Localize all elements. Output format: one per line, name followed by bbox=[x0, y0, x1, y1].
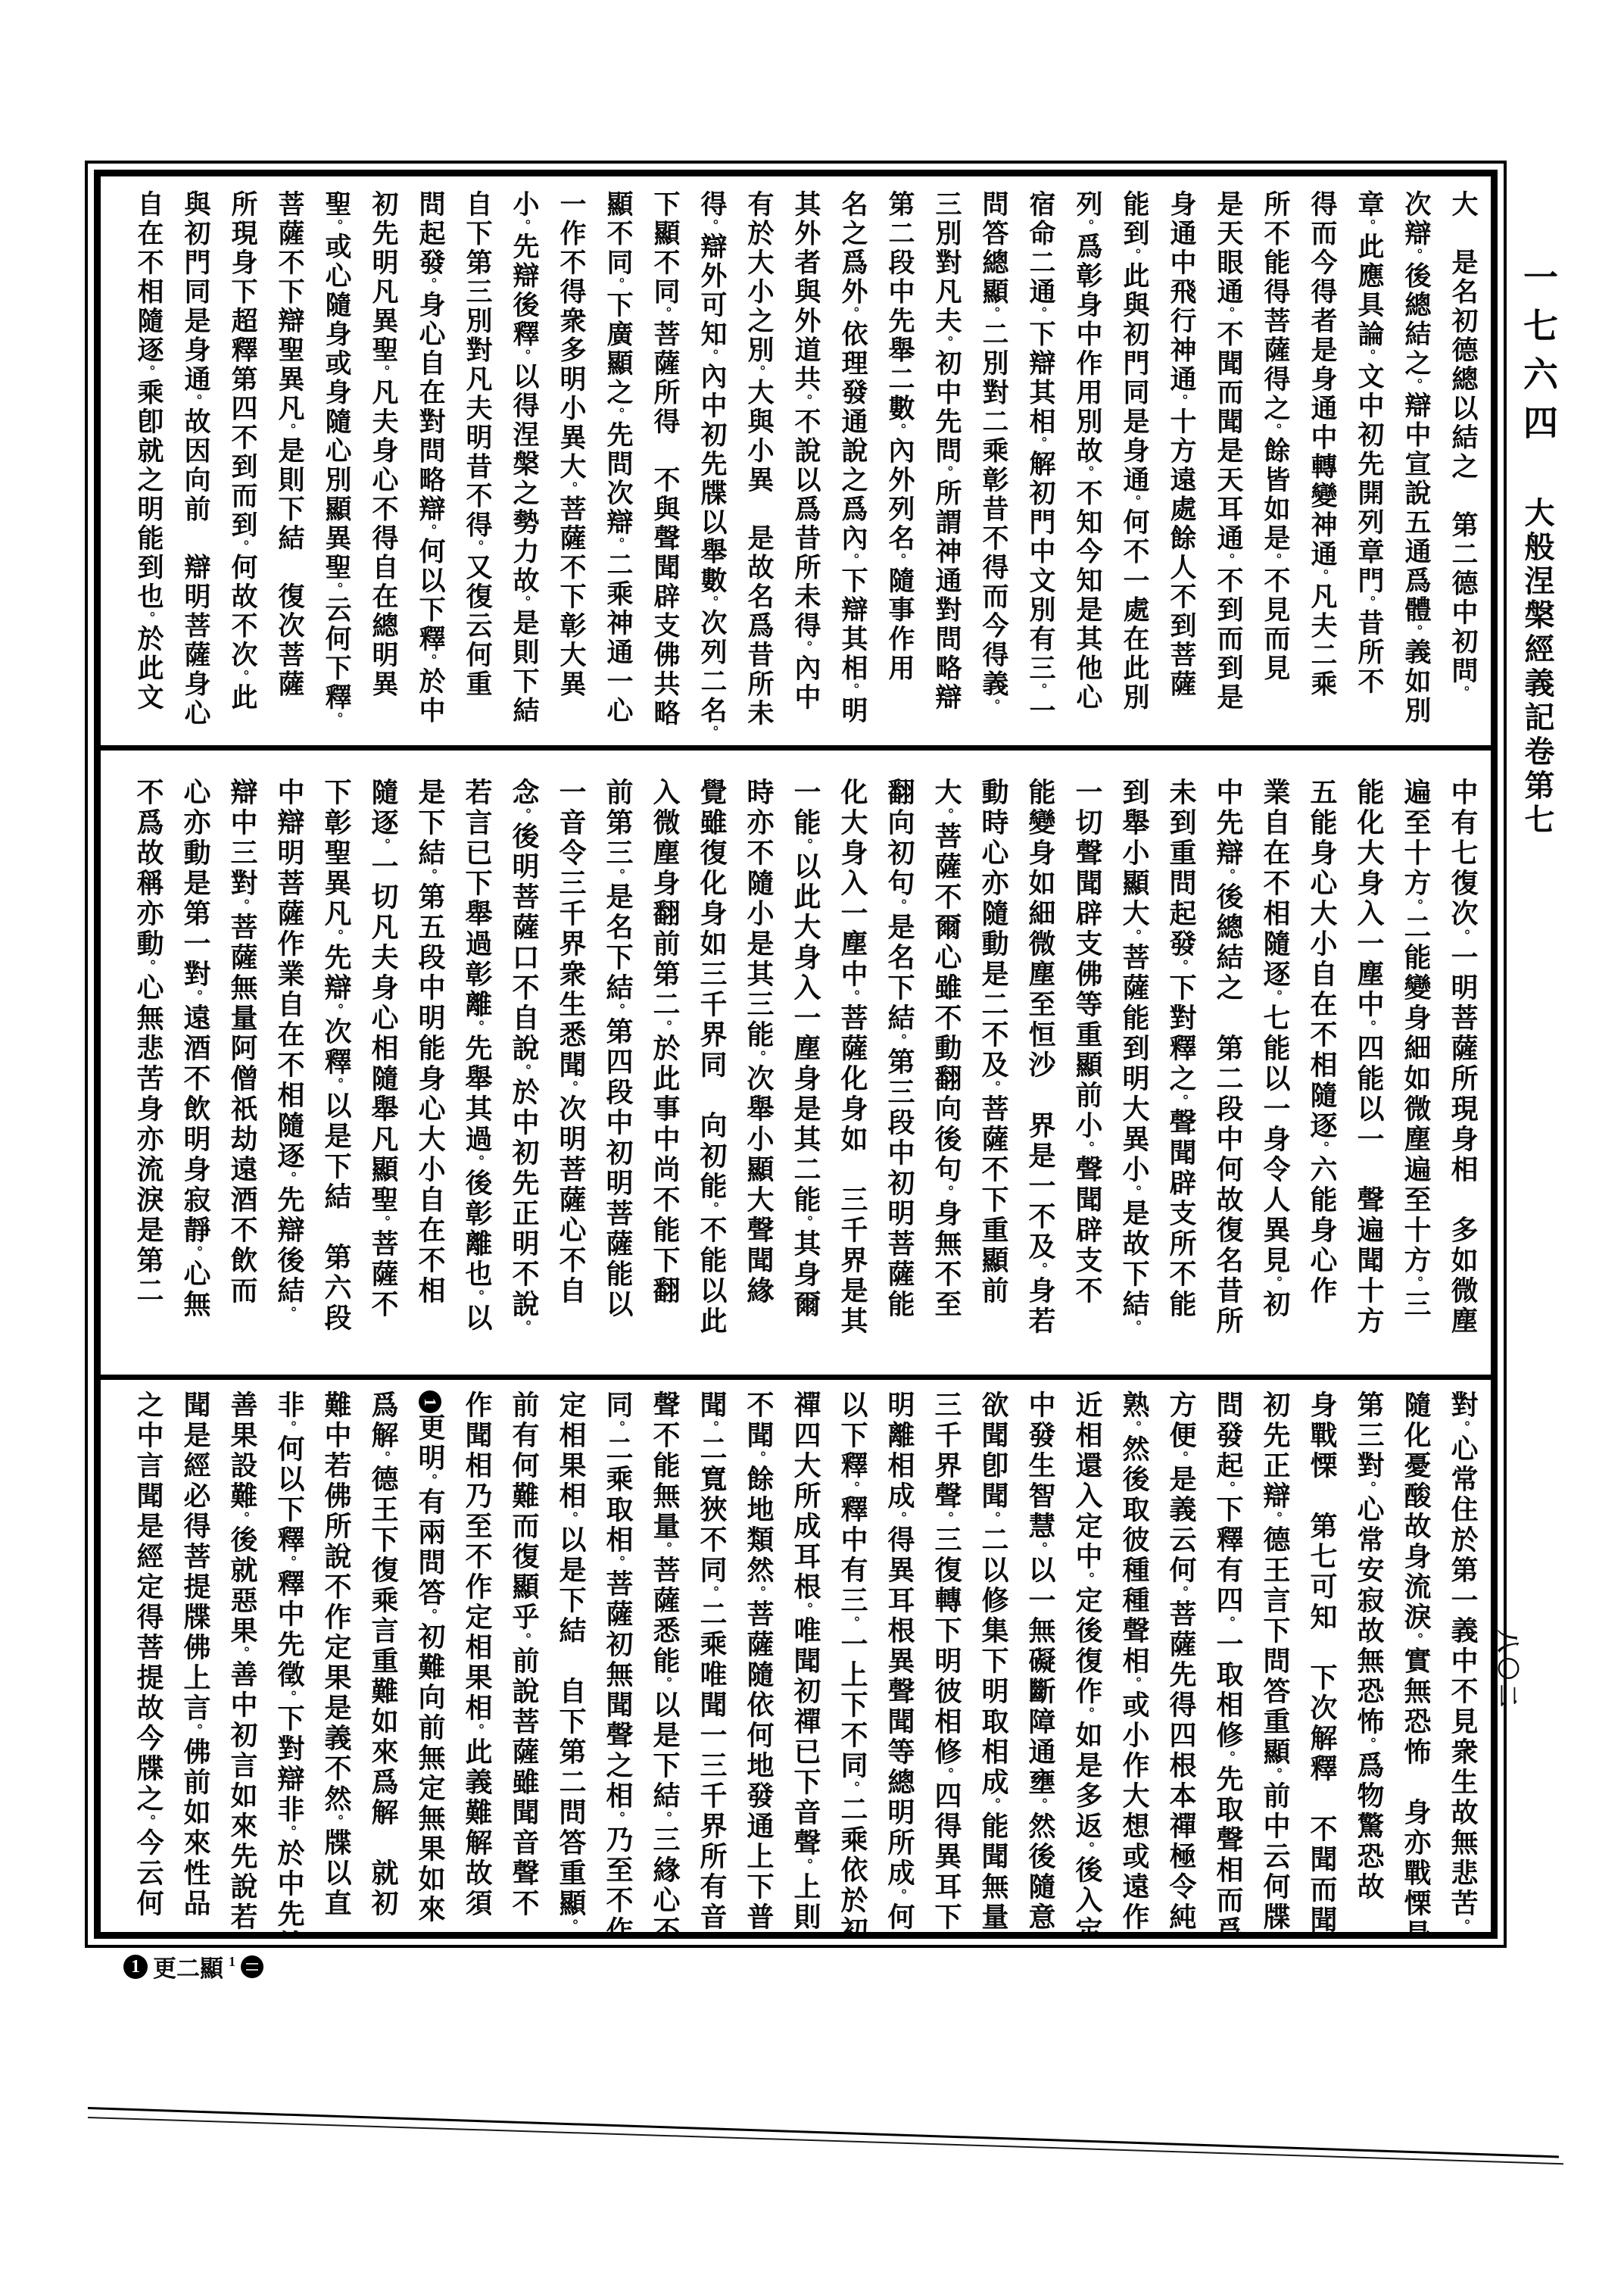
text-column: 前第三。是名下結。第四段中初明菩薩能以 bbox=[594, 778, 641, 1375]
punctuation: 。 bbox=[939, 808, 954, 822]
punctuation: 。 bbox=[1127, 1421, 1142, 1434]
punctuation: 。 bbox=[751, 1050, 766, 1064]
punctuation: 。 bbox=[1361, 596, 1376, 610]
text-column: 三別對凡夫。初中先問。所謂神通對問略辯 bbox=[923, 190, 970, 745]
punctuation: 。 bbox=[610, 1556, 625, 1569]
text-column: 下彰聖異凡。先辯。次釋。以是下結 第六段 bbox=[313, 778, 360, 1375]
punctuation: 。 bbox=[845, 307, 860, 320]
punctuation: 。 bbox=[1220, 1616, 1236, 1630]
punctuation: 。 bbox=[469, 540, 485, 554]
text-column: 聲不能無量。菩薩悉能。以是下結。三緣心不 bbox=[641, 1390, 688, 1939]
punctuation: 。 bbox=[751, 1451, 766, 1465]
punctuation: 。 bbox=[282, 1306, 297, 1320]
text-column: 小。先辯後釋。以得涅槃之勢力故。是則下結 bbox=[500, 190, 547, 745]
text-column: 第三對。心常安寂故無恐怖。爲物驚恐故 bbox=[1345, 1390, 1392, 1939]
punctuation: 。 bbox=[1080, 1141, 1095, 1155]
text-column: 善果設難。後就惡果。善中初言如來先說若 bbox=[219, 1390, 266, 1939]
punctuation: 。 bbox=[141, 960, 156, 973]
text-column: 有於大小之別。大與小異 是故名爲昔所未 bbox=[735, 190, 782, 745]
punctuation: 。 bbox=[1361, 1737, 1376, 1751]
punctuation: 。 bbox=[610, 538, 625, 551]
text-column: 問起發。身心自在對問略辯。何以下釋。於中 bbox=[407, 190, 454, 745]
text-column: 能化大身入一塵中。四能以一 聲遍聞十方 bbox=[1345, 778, 1392, 1375]
text-column: 所不能得菩薩得之。餘皆如是。不見而見 bbox=[1252, 190, 1298, 745]
text-column: 爲解。德王下復乘言重難如來爲解 就初 bbox=[360, 1390, 407, 1939]
punctuation: 。 bbox=[1127, 248, 1142, 262]
punctuation: 。 bbox=[422, 524, 438, 538]
text-column: 問發起。下釋有四。一取相修。先取聲相而爲 bbox=[1205, 1390, 1252, 1939]
punctuation: 。 bbox=[188, 990, 203, 1003]
punctuation: 。 bbox=[516, 1320, 531, 1334]
text-column: 欲聞卽聞。二以修集下明取相成。能聞無量 bbox=[970, 1390, 1017, 1939]
punctuation: 。 bbox=[422, 278, 438, 292]
text-column: 覺雖復化身如三千界同 向初能。不能以此 bbox=[688, 778, 735, 1375]
punctuation: 。 bbox=[798, 641, 813, 654]
punctuation: 。 bbox=[141, 365, 156, 379]
punctuation: 。 bbox=[610, 1003, 625, 1017]
punctuation: 。 bbox=[1033, 307, 1048, 320]
punctuation: 。 bbox=[469, 1290, 485, 1303]
text-column: 是天眼通。不聞而聞是天耳通。不到而到是 bbox=[1205, 190, 1252, 745]
punctuation: 。 bbox=[704, 726, 719, 739]
punctuation: 。 bbox=[516, 1064, 531, 1078]
punctuation: 。 bbox=[1408, 899, 1423, 913]
text-column: 非。何以下釋。釋中先徵。下對辯非。於中先就 bbox=[266, 1390, 313, 1939]
punctuation: 。 bbox=[1455, 1919, 1470, 1933]
punctuation: 。 bbox=[1220, 554, 1236, 567]
punctuation: 。 bbox=[751, 365, 766, 379]
punctuation: 。 bbox=[1174, 960, 1189, 973]
punctuation: 。 bbox=[704, 349, 719, 363]
punctuation: 。 bbox=[610, 1421, 625, 1434]
text-column: 難中若佛所說不作定果是義不然。牒以直 bbox=[313, 1390, 360, 1939]
punctuation: 。 bbox=[704, 220, 719, 233]
text-column: 三千界聲。三復轉下明彼相修。四得異耳下 bbox=[923, 1390, 970, 1939]
punctuation: 。 bbox=[1267, 990, 1283, 1003]
footnote-superscript: 1 bbox=[229, 1954, 235, 1970]
text-column: 身戰慄 第七可知 下次解釋 不聞而聞 bbox=[1298, 1390, 1345, 1939]
punctuation: 。 bbox=[892, 554, 907, 567]
text-column: 能變身如細微塵至恒沙 界是一不及。身若 bbox=[1017, 778, 1064, 1375]
note-marker-icon: 1 bbox=[123, 1955, 148, 1979]
text-frame: 大 是名初德總以結之 第二德中初問。次辯。後總結之。辯中宣說五通爲體。義如別章。… bbox=[85, 161, 1507, 1948]
punctuation: 。 bbox=[1361, 1020, 1376, 1034]
punctuation: 。 bbox=[798, 395, 813, 408]
punctuation: 。 bbox=[986, 1512, 1001, 1525]
punctuation: 。 bbox=[1455, 1421, 1470, 1434]
text-column: 中辯明菩薩作業自在不相隨逐。先辯後結。 bbox=[266, 778, 313, 1375]
punctuation: 。 bbox=[282, 1556, 297, 1569]
punctuation: 。 bbox=[657, 1542, 672, 1556]
text-column: 作聞相乃至不作定相果相。此義難解故須 bbox=[454, 1390, 500, 1939]
punctuation: 。 bbox=[610, 278, 625, 292]
text-column: 問答總顯。二別對二乘彰昔不得而今得義。 bbox=[970, 190, 1017, 745]
punctuation: 。 bbox=[329, 929, 344, 943]
text-column: 聞。二寬狹不同。二乘唯聞一三千界所有音 bbox=[688, 1390, 735, 1939]
text-column: 菩薩不下辯聖異凡。是則下結 復次菩薩 bbox=[266, 190, 313, 745]
punctuation: 。 bbox=[892, 1889, 907, 1902]
punctuation: 。 bbox=[235, 670, 250, 684]
punctuation: 。 bbox=[282, 423, 297, 437]
text-column: 熟。然後取彼種種聲相。或小作大想或遠作 bbox=[1111, 1390, 1158, 1939]
punctuation: 。 bbox=[1314, 570, 1329, 583]
punctuation: 。 bbox=[892, 1034, 907, 1047]
punctuation: 。 bbox=[141, 1815, 156, 1828]
punctuation: 。 bbox=[986, 699, 1001, 713]
punctuation: 。 bbox=[376, 1216, 391, 1229]
punctuation: 。 bbox=[282, 1825, 297, 1839]
punctuation: 。 bbox=[1455, 929, 1470, 943]
punctuation: 。 bbox=[1408, 248, 1423, 262]
punctuation: 。 bbox=[1267, 423, 1283, 437]
punctuation: 。 bbox=[563, 482, 578, 495]
punctuation: 。 bbox=[329, 1815, 344, 1828]
punctuation: 。 bbox=[798, 1858, 813, 1872]
punctuation: 。 bbox=[376, 365, 391, 379]
text-column: 大。菩薩不爾心雖不動翻向後句。身無不至 bbox=[923, 778, 970, 1375]
text-column: 聞是經必得菩提牒佛上言。佛前如來性品 bbox=[172, 1390, 219, 1939]
punctuation: 。 bbox=[422, 1474, 438, 1487]
punctuation: 。 bbox=[1267, 1512, 1283, 1525]
punctuation: 。 bbox=[376, 1451, 391, 1465]
punctuation: 。 bbox=[892, 423, 907, 437]
text-band-3: 對。心常住於第一義中不見衆生故無悲苦。隨化憂酸故身流淚。實無恐怖 身亦戰慄是第三… bbox=[105, 1380, 1486, 1939]
punctuation: 。 bbox=[845, 1481, 860, 1495]
text-column: 明離相成。得異耳根異聲聞等總明所成。何 bbox=[876, 1390, 923, 1939]
note-marker-icon: 1 bbox=[419, 1390, 441, 1413]
text-column: 禪四大所成耳根。唯聞初禪已下音聲。上則 bbox=[782, 1390, 829, 1939]
punctuation: 。 bbox=[282, 1172, 297, 1185]
punctuation: 。 bbox=[516, 808, 531, 822]
punctuation: 。 bbox=[1174, 395, 1189, 408]
punctuation: 。 bbox=[1408, 625, 1423, 638]
text-column: 同。二乘取相。菩薩初無聞聲之相。乃至不作 bbox=[594, 1390, 641, 1939]
text-column: 翻向初句。是名下結。第三段中初明菩薩能 bbox=[876, 778, 923, 1375]
punctuation: 。 bbox=[939, 466, 954, 479]
text-column: 中有七復次。一明菩薩所現身相 多如微塵 bbox=[1439, 778, 1486, 1375]
punctuation: 。 bbox=[986, 1081, 1001, 1094]
punctuation: 。 bbox=[1174, 1586, 1189, 1599]
punctuation: 。 bbox=[939, 1768, 954, 1781]
text-column: 所現身下超釋第四不到而到。何故不次。此 bbox=[219, 190, 266, 745]
punctuation: 。 bbox=[986, 307, 1001, 320]
footnote: 1 更二顯 1 bbox=[123, 1949, 263, 1983]
text-column: 得而今得者是身通中轉變神通。凡夫二乘 bbox=[1298, 190, 1345, 745]
text-column: 以下釋。釋中有三。一上下不同。二乘依於初 bbox=[829, 1390, 876, 1939]
punctuation: 。 bbox=[235, 1646, 250, 1660]
punctuation: 。 bbox=[657, 1812, 672, 1825]
text-column: 顯不同。下廣顯之。先問次辯。二乘神通一心 bbox=[594, 190, 641, 745]
punctuation: 。 bbox=[422, 869, 438, 882]
text-column: 名之爲外。依理發通說之爲內。下辯其相。明 bbox=[829, 190, 876, 745]
punctuation: 。 bbox=[469, 1155, 485, 1169]
text-column: 定相果相。以是下結 自下第二問答重顯。 bbox=[547, 1390, 594, 1939]
punctuation: 。 bbox=[141, 612, 156, 626]
punctuation: 。 bbox=[610, 1812, 625, 1825]
punctuation: 。 bbox=[235, 899, 250, 913]
punctuation: 。 bbox=[798, 1216, 813, 1229]
punctuation: 。 bbox=[1408, 1633, 1423, 1646]
punctuation: 。 bbox=[1174, 1094, 1189, 1108]
band-divider bbox=[101, 745, 1491, 751]
text-column: 辯中三對。菩薩無量阿僧祇劫遠酒不飲而 bbox=[219, 778, 266, 1375]
text-column: 其外者與外道共。不說以爲昔所未得。內中 bbox=[782, 190, 829, 745]
punctuation: 。 bbox=[516, 220, 531, 233]
punctuation: 。 bbox=[610, 869, 625, 882]
punctuation: 。 bbox=[1220, 1751, 1236, 1765]
text-column: 自下第三別對凡夫明昔不得。又復云何重 bbox=[454, 190, 500, 745]
margin-page-number: 一七六四 bbox=[1513, 259, 1563, 453]
punctuation: 。 bbox=[845, 1616, 860, 1630]
punctuation: 。 bbox=[376, 838, 391, 852]
punctuation: 。 bbox=[751, 1586, 766, 1599]
text-column: 列。爲彰身中作用別故。不知今知是其他心 bbox=[1064, 190, 1111, 745]
text-column: 前有何難而復顯乎。前說菩薩雖聞音聲不 bbox=[500, 1390, 547, 1939]
punctuation: 。 bbox=[188, 1724, 203, 1737]
text-column: 五能身心大小自在不相隨逐。六能身心作 bbox=[1298, 778, 1345, 1375]
punctuation: 。 bbox=[188, 395, 203, 408]
text-band-2: 中有七復次。一明菩薩所現身相 多如微塵遍至十方。二能變身細如微塵遍至十方。三能化… bbox=[105, 751, 1486, 1375]
punctuation: 。 bbox=[516, 1633, 531, 1646]
punctuation: 。 bbox=[329, 220, 344, 233]
punctuation: 。 bbox=[329, 582, 344, 596]
punctuation: 。 bbox=[1267, 1276, 1283, 1290]
text-column: 不聞。餘地類然。菩薩隨依何地發通上下普 bbox=[735, 1390, 782, 1939]
punctuation: 。 bbox=[1127, 929, 1142, 943]
text-column: 初先明凡異聖。凡夫身心不得自在總明異 bbox=[360, 190, 407, 745]
punctuation: 。 bbox=[798, 838, 813, 852]
punctuation: 。 bbox=[1455, 686, 1470, 700]
punctuation: 。 bbox=[1127, 1320, 1142, 1334]
scan-artifact-line bbox=[88, 2117, 1563, 2164]
punctuation: 。 bbox=[188, 1246, 203, 1259]
punctuation: 。 bbox=[1080, 1572, 1095, 1586]
text-column: 近相還入定中。定後復作。如是多返。後入定 bbox=[1064, 1390, 1111, 1939]
punctuation: 。 bbox=[1127, 1185, 1142, 1199]
text-column: 初先正辯。德王言下問答重顯。前中云何牒 bbox=[1252, 1390, 1298, 1939]
punctuation: 。 bbox=[329, 1003, 344, 1017]
punctuation: 。 bbox=[235, 1512, 250, 1525]
text-column: 章。此應具論。文中初先開列章門。昔所不 bbox=[1345, 190, 1392, 745]
text-column: 動時心亦隨動是二不及。菩薩不下重顯前 bbox=[970, 778, 1017, 1375]
punctuation: 。 bbox=[1361, 349, 1376, 363]
band-divider bbox=[101, 1375, 1491, 1380]
text-column: 一能。以此大身入一塵身是其二能。其身爾 bbox=[782, 778, 829, 1375]
punctuation: 。 bbox=[1220, 869, 1236, 882]
punctuation: 。 bbox=[1220, 1481, 1236, 1495]
text-column: 業自在不相隨逐。七能以一身令人異見。初 bbox=[1252, 778, 1298, 1375]
punctuation: 。 bbox=[845, 554, 860, 567]
punctuation: 。 bbox=[422, 1609, 438, 1622]
punctuation: 。 bbox=[516, 596, 531, 610]
punctuation: 。 bbox=[1080, 220, 1095, 233]
punctuation: 。 bbox=[1080, 466, 1095, 479]
text-column: 得。辯外可知。內中初先牒以舉數。次列二名。 bbox=[688, 190, 735, 745]
punctuation: 。 bbox=[235, 540, 250, 554]
footnote-text: 更二顯 bbox=[153, 1949, 223, 1983]
punctuation: 。 bbox=[516, 349, 531, 363]
punctuation: 。 bbox=[657, 1677, 672, 1690]
punctuation: 。 bbox=[1174, 1451, 1189, 1465]
punctuation: 。 bbox=[704, 1202, 719, 1216]
punctuation: 。 bbox=[1033, 683, 1048, 697]
punctuation: 。 bbox=[563, 1081, 578, 1094]
punctuation: 。 bbox=[1361, 1481, 1376, 1495]
punctuation: 。 bbox=[329, 713, 344, 726]
punctuation: 。 bbox=[892, 899, 907, 913]
footnote-siglum-icon bbox=[241, 1955, 263, 1978]
punctuation: 。 bbox=[939, 336, 954, 350]
punctuation: 。 bbox=[1033, 1262, 1048, 1276]
text-column: 若言已下舉過彰離。先舉其過。後彰離也。以 bbox=[454, 778, 500, 1375]
text-column: 宿命二通。下辯其相。解初門中文別有三。一 bbox=[1017, 190, 1064, 745]
text-column: 到舉小顯大。菩薩能到明大異小。是故下結。 bbox=[1111, 778, 1158, 1375]
punctuation: 。 bbox=[1033, 1542, 1048, 1556]
punctuation: 。 bbox=[1361, 220, 1376, 233]
punctuation: 。 bbox=[1314, 1141, 1329, 1155]
punctuation: 。 bbox=[1220, 307, 1236, 320]
text-column: 入微塵身翻前第二。於此事中尚不能下翻 bbox=[641, 778, 688, 1375]
text-band-1: 大 是名初德總以結之 第二德中初問。次辯。後總結之。辯中宣說五通爲體。義如別章。… bbox=[105, 184, 1486, 745]
punctuation: 。 bbox=[845, 990, 860, 1003]
punctuation: 。 bbox=[845, 683, 860, 697]
punctuation: 。 bbox=[329, 1078, 344, 1091]
punctuation: 。 bbox=[1033, 1798, 1048, 1812]
text-column: 聖。或心隨身或身隨心別顯異聖。云何下釋。 bbox=[313, 190, 360, 745]
punctuation: 。 bbox=[704, 596, 719, 610]
punctuation: 。 bbox=[282, 1421, 297, 1434]
punctuation: 。 bbox=[1127, 1677, 1142, 1690]
punctuation: 。 bbox=[1267, 554, 1283, 567]
text-column: 第二段中先舉二數。內外列名。隨事作用 bbox=[876, 190, 923, 745]
text-column: 隨逐。一切凡夫身心相隨舉凡顯聖。菩薩不 bbox=[360, 778, 407, 1375]
text-column: 中先辯。後總結之 第二段中何故復名昔所 bbox=[1205, 778, 1252, 1375]
punctuation: 。 bbox=[563, 1512, 578, 1525]
text-column: 大 是名初德總以結之 第二德中初問。 bbox=[1439, 190, 1486, 745]
text-column: 次辯。後總結之。辯中宣說五通爲體。義如別 bbox=[1392, 190, 1439, 745]
text-column: 1更明。有兩問答。初難向前無定無果如來 bbox=[407, 1390, 454, 1939]
punctuation: 。 bbox=[704, 1586, 719, 1599]
text-column: 一音令三千界衆生悉聞。次明菩薩心不自 bbox=[547, 778, 594, 1375]
punctuation: 。 bbox=[1080, 1707, 1095, 1721]
punctuation: 。 bbox=[704, 1421, 719, 1434]
punctuation: 。 bbox=[939, 1185, 954, 1199]
punctuation: 。 bbox=[563, 1919, 578, 1933]
text-column: 一切聲聞辟支佛等重顯前小。聲聞辟支不 bbox=[1064, 778, 1111, 1375]
page-scan: 大 是名初德總以結之 第二德中初問。次辯。後總結之。辯中宣說五通爲體。義如別章。… bbox=[0, 0, 1624, 2272]
punctuation: 。 bbox=[657, 1020, 672, 1034]
text-column: 能到。此與初門同是身通。何不一處在此別 bbox=[1111, 190, 1158, 745]
punctuation: 。 bbox=[1080, 1842, 1095, 1855]
punctuation: 。 bbox=[282, 1690, 297, 1704]
text-column: 心亦動是第一對。遠酒不飲明身寂靜。心無 bbox=[172, 778, 219, 1375]
punctuation: 。 bbox=[1408, 1276, 1423, 1290]
text-column: 與初門同是身通。故因向前 辯明菩薩身心 bbox=[172, 190, 219, 745]
punctuation: 。 bbox=[939, 1512, 954, 1525]
punctuation: 。 bbox=[469, 1020, 485, 1034]
punctuation: 。 bbox=[986, 1798, 1001, 1812]
punctuation: 。 bbox=[1127, 495, 1142, 509]
text-column: 隨化憂酸故身流淚。實無恐怖 身亦戰慄是 bbox=[1392, 1390, 1439, 1939]
text-column: 對。心常住於第一義中不見衆生故無悲苦。 bbox=[1439, 1390, 1486, 1939]
punctuation: 。 bbox=[1267, 1768, 1283, 1781]
text-column: 是下結。第五段中明能身心大小自在不相 bbox=[407, 778, 454, 1375]
text-column: 不爲故稱亦動。心無悲苦身亦流淚是第二 bbox=[125, 778, 172, 1375]
text-column: 一作不得衆多明小異大。菩薩不下彰大異 bbox=[547, 190, 594, 745]
punctuation: 。 bbox=[798, 1603, 813, 1616]
punctuation: 。 bbox=[1033, 437, 1048, 451]
punctuation: 。 bbox=[610, 407, 625, 421]
margin-running-title: 大般涅槃經義記卷第七 bbox=[1516, 497, 1559, 838]
punctuation: 。 bbox=[845, 1781, 860, 1795]
text-column: 化大身入一塵中。菩薩化身如 三千界是其 bbox=[829, 778, 876, 1375]
punctuation: 。 bbox=[422, 654, 438, 668]
text-frame-inner: 大 是名初德總以結之 第二德中初問。次辯。後總結之。辯中宣說五通爲體。義如別章。… bbox=[94, 170, 1498, 1939]
punctuation: 。 bbox=[657, 307, 672, 320]
punctuation: 。 bbox=[1408, 379, 1423, 392]
text-column: 方便。是義云何。菩薩先得四根本禪極令純 bbox=[1158, 1390, 1205, 1939]
text-column: 中發生智慧。以一無礙斷障通壅。然後隨意 bbox=[1017, 1390, 1064, 1939]
margin-folio-number: 八〇二 bbox=[1493, 1630, 1526, 1712]
text-column: 未到重問起發。下對釋之。聲聞辟支所不能 bbox=[1158, 778, 1205, 1375]
text-column: 時亦不隨小是其三能。次舉小顯大聲聞緣 bbox=[735, 778, 782, 1375]
punctuation: 。 bbox=[469, 1724, 485, 1737]
text-column: 下顯不同。菩薩所得 不與聲聞辟支佛共略 bbox=[641, 190, 688, 745]
text-column: 身通中飛行神通。十方遠處餘人不到菩薩 bbox=[1158, 190, 1205, 745]
scan-artifact-line bbox=[88, 2107, 1559, 2158]
text-column: 遍至十方。二能變身細如微塵遍至十方。三 bbox=[1392, 778, 1439, 1375]
text-column: 之中言聞是經定得菩提故今牒之。今云何 bbox=[125, 1390, 172, 1939]
text-column: 念。後明菩薩口不自說。於中初先正明不說。 bbox=[500, 778, 547, 1375]
punctuation: 。 bbox=[892, 1512, 907, 1525]
text-column: 自在不相隨逐。乘卽就之明能到也。於此文 bbox=[125, 190, 172, 745]
